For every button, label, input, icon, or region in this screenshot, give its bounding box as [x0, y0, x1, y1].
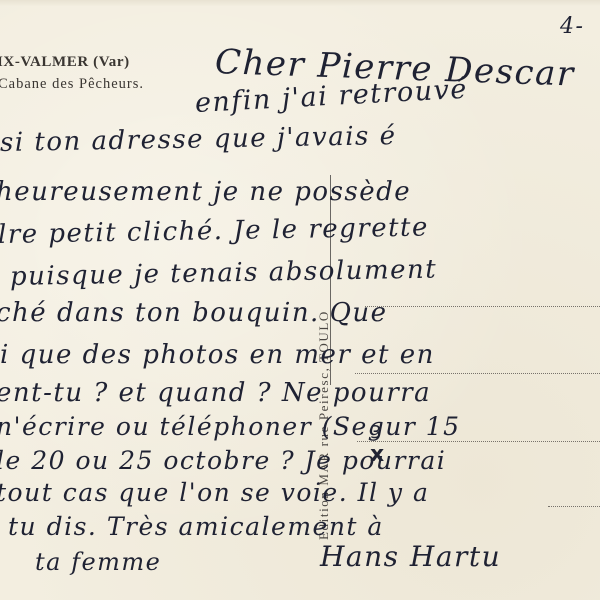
- handwritten-line-4: heureusement je ne possède: [0, 177, 411, 207]
- address-line-1: [365, 306, 600, 307]
- address-line-4: [548, 506, 600, 507]
- address-line-3: [357, 441, 600, 442]
- handwritten-line-13: tu dis. Très amicalement à: [8, 512, 384, 541]
- printed-caption-subject: Cabane des Pêcheurs.: [0, 76, 144, 93]
- handwritten-line-8: i que des photos en mer et en: [0, 340, 435, 370]
- handwritten-line-10: n'écrire ou téléphoner (Segur 15: [0, 412, 461, 441]
- handwritten-line-14: ta femme: [35, 548, 161, 576]
- handwritten-signature: Hans Hartu: [320, 540, 501, 573]
- address-line-2: [355, 373, 600, 374]
- paper-edge: [0, 0, 600, 6]
- insertion-mark: 3: [370, 422, 381, 443]
- cross-mark: x: [370, 442, 384, 467]
- handwritten-line-12: tout cas que l'on se voie. Il y a: [0, 478, 429, 507]
- handwritten-line-7: ché dans ton bouquin. Que: [0, 298, 388, 328]
- handwritten-date: 4-: [560, 14, 584, 39]
- printed-caption-place: IX-VALMER (Var): [0, 54, 130, 71]
- handwritten-line-9: ent-tu ? et quand ? Ne pourra: [0, 378, 431, 408]
